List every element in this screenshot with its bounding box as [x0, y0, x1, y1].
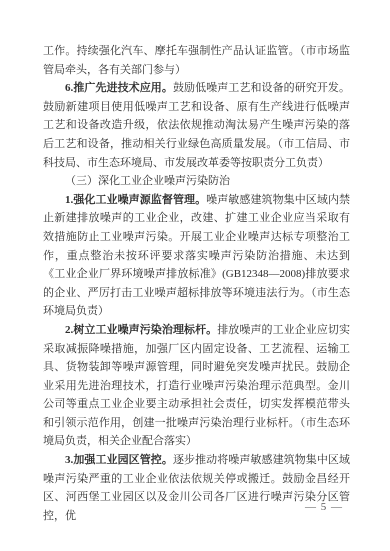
section-heading-text: （三）深化工业企业噪声污染防治 — [65, 175, 230, 187]
paragraph-text: 鼓励低噪声工艺和设备的研究开发。鼓励新建项目使用低噪声工艺和设备、原有生产线进行… — [43, 82, 350, 168]
paragraph-lead: 6.推广先进技术应用。 — [65, 82, 173, 94]
document-page: 工作。持续强化汽车、摩托车强制性产品认证监管。（市市场监管局牵头，各有关部门参与… — [0, 0, 390, 551]
paragraph: 6.推广先进技术应用。鼓励低噪声工艺和设备的研究开发。鼓励新建项目使用低噪声工艺… — [43, 79, 350, 172]
paragraph-lead: 1.强化工业噪声源监督管理。 — [65, 194, 206, 206]
paragraph: 工作。持续强化汽车、摩托车强制性产品认证监管。（市市场监管局牵头，各有关部门参与… — [43, 42, 350, 79]
paragraph-text: 排放噪声的工业企业应切实采取减振降噪措施，加强厂区内固定设备、工艺流程、运输工具… — [43, 324, 350, 448]
paragraph: 3.加强工业园区管控。逐步推动将噪声敏感建筑物集中区域噪声污染严重的工业企业依法… — [43, 451, 350, 525]
paragraph-lead: 2.树立工业噪声污染治理标杆。 — [65, 324, 217, 336]
paragraph-text: 噪声敏感建筑物集中区域内禁止新建排放噪声的工业企业，改建、扩建工业企业应当采取有… — [43, 194, 350, 318]
paragraph: 2.树立工业噪声污染治理标杆。排放噪声的工业企业应切实采取减振降噪措施，加强厂区… — [43, 321, 350, 451]
page-number: — 5 — — [305, 501, 343, 513]
paragraph-text: 工作。持续强化汽车、摩托车强制性产品认证监管。（市市场监管局牵头，各有关部门参与… — [43, 45, 350, 76]
paragraph-lead: 3.加强工业园区管控。 — [65, 454, 173, 466]
section-heading: （三）深化工业企业噪声污染防治 — [43, 172, 350, 191]
paragraph: 1.强化工业噪声源监督管理。噪声敏感建筑物集中区域内禁止新建排放噪声的工业企业，… — [43, 191, 350, 321]
body-text: 工作。持续强化汽车、摩托车强制性产品认证监管。（市市场监管局牵头，各有关部门参与… — [43, 42, 350, 525]
